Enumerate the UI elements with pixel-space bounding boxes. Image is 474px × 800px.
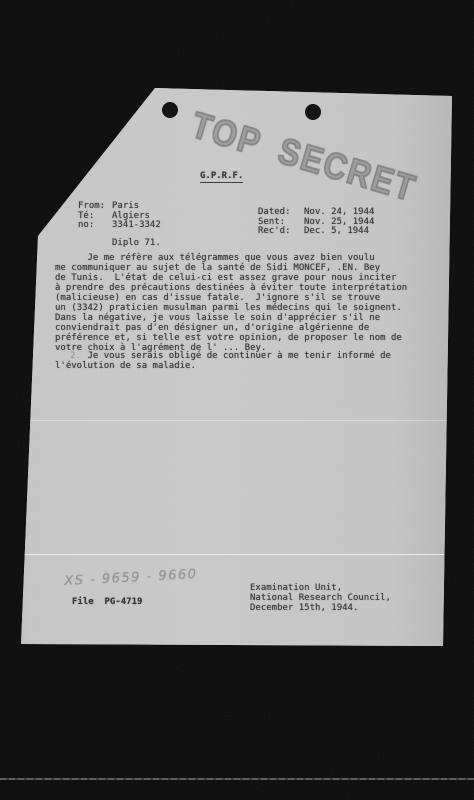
telegram-document-sheet: TOP SECRET G.P.R.F. From: Té: no: Paris … xyxy=(0,0,474,800)
meta-from-to-no-labels: From: Té: no: xyxy=(78,202,105,231)
body-paragraph-2: Je vous serais obligé de continuer à me … xyxy=(55,351,391,371)
faint-paragraph-number: 2. xyxy=(70,351,81,361)
punch-hole-left xyxy=(162,102,178,118)
handwritten-reference-number: XS - 9659 - 9660 xyxy=(64,567,198,589)
agency-signature-block: Examination Unit, National Research Coun… xyxy=(250,583,391,613)
scan-crease-line-lower xyxy=(21,554,446,555)
reference-number: Diplo 71. xyxy=(112,238,161,248)
top-secret-stamp: TOP SECRET xyxy=(188,106,421,207)
punch-hole-right xyxy=(305,104,321,120)
scanned-page-background: TOP SECRET G.P.R.F. From: Té: no: Paris … xyxy=(0,0,474,800)
document-header-gprf: G.P.R.F. xyxy=(200,171,243,183)
scan-artifact-bottom-line xyxy=(0,778,474,780)
file-number: File PG-4719 xyxy=(72,597,142,607)
meta-dates-labels: Dated: Sent: Rec'd: xyxy=(258,208,291,237)
body-paragraph-1: Je me réfère aux télégrammes que vous av… xyxy=(55,253,407,353)
scan-scratch-line-upper xyxy=(24,420,452,421)
meta-dates-values: Nov. 24, 1944 Nov. 25, 1944 Dec. 5, 1944 xyxy=(304,208,374,237)
meta-from-to-no-values: Paris Algiers 3341-3342 xyxy=(112,202,161,231)
